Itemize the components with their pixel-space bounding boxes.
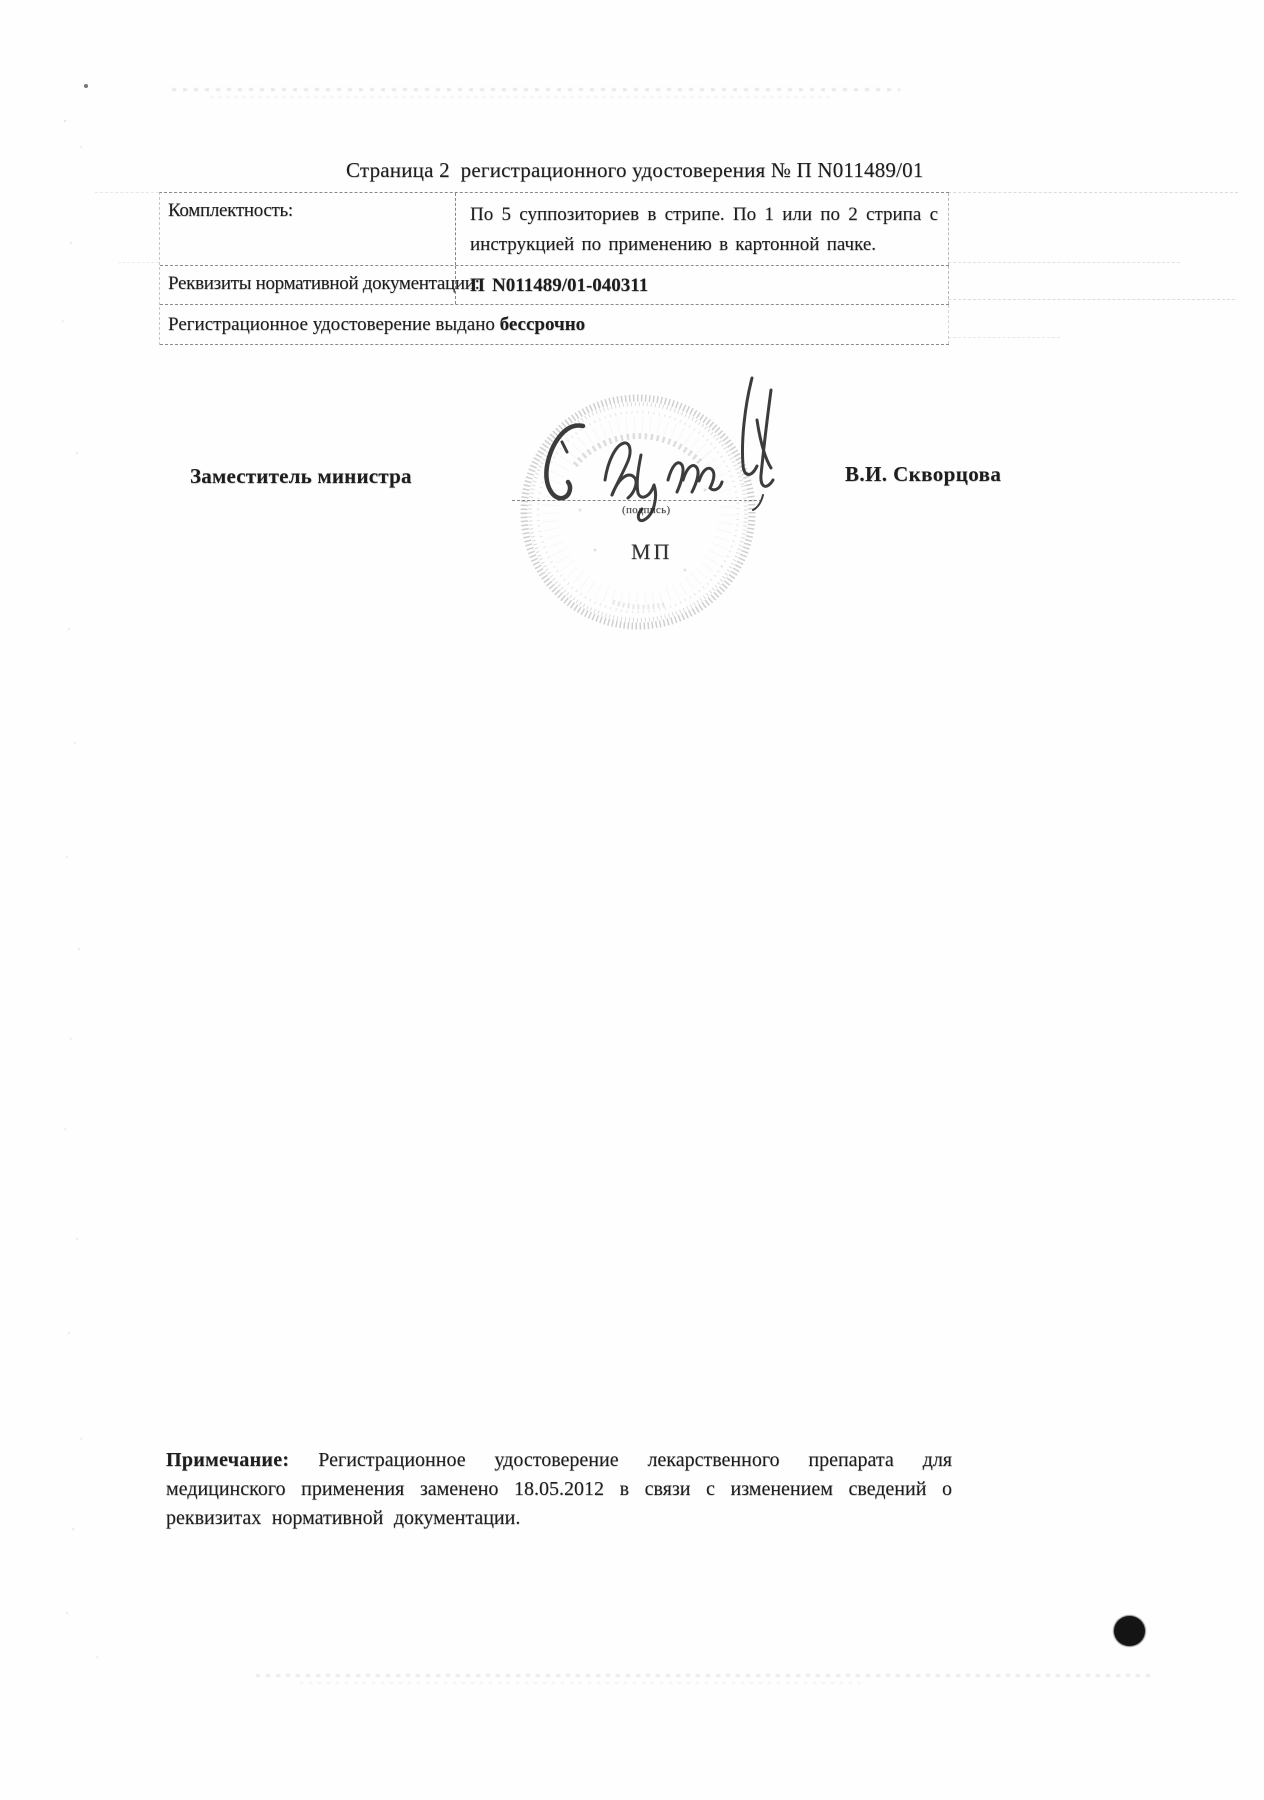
border-artifact bbox=[948, 192, 1238, 193]
scan-dot-artifact bbox=[84, 84, 88, 88]
scan-noise-top-2 bbox=[210, 96, 830, 98]
validity-text: Регистрационное удостоверение выдано bbox=[168, 314, 495, 335]
table-row-validity: Регистрационное удостоверение выдано бес… bbox=[160, 305, 949, 345]
page-header: Страница 2 регистрационного удостоверени… bbox=[346, 158, 924, 183]
row-label: Реквизиты нормативной документации: bbox=[160, 266, 455, 304]
row-value: По 5 суппозиториев в стрипе. По 1 или по… bbox=[455, 193, 949, 265]
signature-caption: (подпись) bbox=[622, 504, 670, 516]
border-artifact bbox=[948, 337, 1060, 338]
margin-speckles bbox=[0, 0, 2, 2]
table-row-completeness: Комплектность: По 5 суппозиториев в стри… bbox=[160, 193, 949, 266]
note-paragraph: Примечание: Регистрационное удостоверени… bbox=[166, 1446, 952, 1533]
position-title-label: Заместитель министра bbox=[190, 464, 412, 489]
row-value: П N011489/01-040311 bbox=[455, 266, 949, 304]
scan-noise-bottom-2 bbox=[300, 1682, 860, 1684]
row-value: Регистрационное удостоверение выдано бес… bbox=[160, 305, 949, 344]
note-label: Примечание: bbox=[166, 1449, 289, 1471]
table-row-normative-docs: Реквизиты нормативной документации: П N0… bbox=[160, 266, 949, 305]
border-artifact bbox=[948, 262, 1180, 263]
row-label-text: Реквизиты нормативной документации: bbox=[168, 273, 480, 294]
validity-term-bold: бессрочно bbox=[500, 314, 586, 335]
signature-line bbox=[512, 500, 762, 501]
row-value-text: П N011489/01-040311 bbox=[470, 275, 648, 296]
scanned-certificate-page: Страница 2 регистрационного удостоверени… bbox=[0, 0, 1264, 1800]
border-artifact bbox=[948, 299, 1235, 300]
ink-dot-mark bbox=[1114, 1616, 1145, 1646]
border-artifact bbox=[95, 192, 159, 193]
row-label-text: Комплектность: bbox=[168, 200, 293, 221]
signer-name-label: В.И. Скворцова bbox=[845, 462, 1001, 487]
row-label: Комплектность: bbox=[160, 193, 455, 265]
registration-table: Комплектность: По 5 суппозиториев в стри… bbox=[159, 192, 949, 345]
row-value-text: По 5 суппозиториев в стрипе. По 1 или по… bbox=[470, 204, 938, 255]
border-artifact bbox=[118, 262, 159, 263]
scan-noise-top bbox=[172, 88, 900, 91]
scan-noise-bottom bbox=[256, 1674, 1156, 1677]
seal-mark-label: МП bbox=[631, 539, 672, 565]
